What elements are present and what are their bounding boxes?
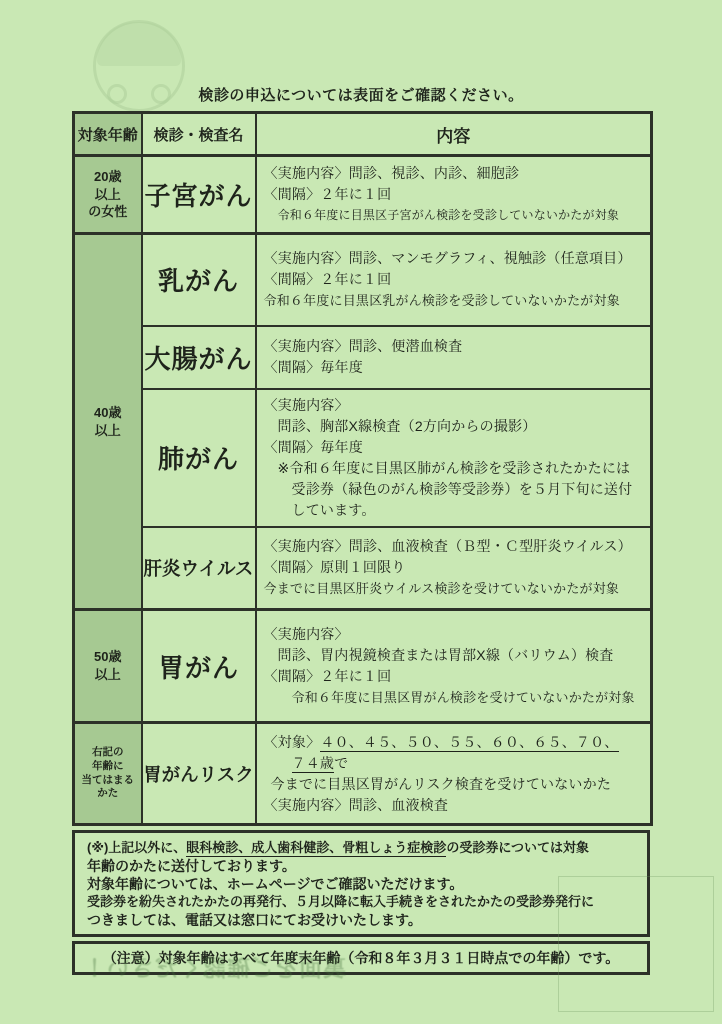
exam-desc-breast: 〈実施内容〉問診、マンモグラフィ、視触診（任意項目）〈間隔〉２年に１回令和６年度… — [256, 234, 652, 326]
screening-table: 対象年齢 検診・検査名 内容 20歳以上の女性 子宮がん 〈実施内容〉問診、視診… — [72, 111, 653, 826]
exam-desc-stomach-risk: 〈対象〉４０、４５、５０、５５、６０、６５、７０、７４歳で今までに目黒区胃がんリ… — [256, 723, 652, 825]
exam-name-colorectal: 大腸がん — [142, 326, 256, 389]
exam-desc-hepatitis: 〈実施内容〉問診、血液検査（Ｂ型・Ｃ型肝炎ウイルス）〈間隔〉原則１回限り今までに… — [256, 527, 652, 610]
footer-notes-box: (※)上記以外に、眼科検診、成人歯科健診、骨粗しょう症検診の受診券については対象… — [72, 830, 650, 937]
exam-name-lung: 肺がん — [142, 389, 256, 527]
row-cervical-cancer: 20歳以上の女性 子宮がん 〈実施内容〉問診、視診、内診、細胞診〈間隔〉２年に１… — [74, 156, 652, 234]
age-definition-note-box: （注意）対象年齢はすべて年度末年齢（令和８年３月３１日時点での年齢）です。 — [72, 941, 650, 975]
row-lung-cancer: 肺がん 〈実施内容〉問診、胸部X線検査（2方向からの撮影）〈間隔〉毎年度※令和６… — [74, 389, 652, 527]
screening-document: 検診の申込については表面をご確認ください。 対象年齢 検診・検査名 内容 20歳… — [72, 84, 650, 975]
row-hepatitis-virus: 肝炎ウイルス 〈実施内容〉問診、血液検査（Ｂ型・Ｃ型肝炎ウイルス）〈間隔〉原則１… — [74, 527, 652, 610]
row-breast-cancer: 40歳以上 乳がん 〈実施内容〉問診、マンモグラフィ、視触診（任意項目）〈間隔〉… — [74, 234, 652, 326]
col-header-target-age: 対象年齢 — [74, 113, 142, 156]
exam-name-hepatitis: 肝炎ウイルス — [142, 527, 256, 610]
row-colorectal-cancer: 大腸がん 〈実施内容〉問診、便潜血検査〈間隔〉毎年度 — [74, 326, 652, 389]
row-stomach-cancer: 50歳以上 胃がん 〈実施内容〉問診、胃内視鏡検査または胃部X線（バリウム）検査… — [74, 610, 652, 723]
exam-desc-cervical: 〈実施内容〉問診、視診、内診、細胞診〈間隔〉２年に１回令和６年度に目黒区子宮がん… — [256, 156, 652, 234]
page-title: 検診の申込については表面をご確認ください。 — [72, 84, 650, 105]
exam-desc-stomach: 〈実施内容〉問診、胃内視鏡検査または胃部X線（バリウム）検査〈間隔〉２年に１回令… — [256, 610, 652, 723]
exam-name-breast: 乳がん — [142, 234, 256, 326]
age-cell-listed-ages: 右記の年齢に当てはまるかた — [74, 723, 142, 825]
exam-desc-lung: 〈実施内容〉問診、胸部X線検査（2方向からの撮影）〈間隔〉毎年度※令和６年度に目… — [256, 389, 652, 527]
header-row: 対象年齢 検診・検査名 内容 — [74, 113, 652, 156]
row-stomach-cancer-risk: 右記の年齢に当てはまるかた 胃がんリスク 〈対象〉４０、４５、５０、５５、６０、… — [74, 723, 652, 825]
age-cell-40-plus: 40歳以上 — [74, 234, 142, 610]
col-header-description: 内容 — [256, 113, 652, 156]
exam-name-stomach-risk: 胃がんリスク — [142, 723, 256, 825]
col-header-exam-name: 検診・検査名 — [142, 113, 256, 156]
age-cell-20s-women: 20歳以上の女性 — [74, 156, 142, 234]
exam-name-stomach: 胃がん — [142, 610, 256, 723]
age-definition-note-text: （注意）対象年齢はすべて年度末年齢（令和８年３月３１日時点での年齢）です。 — [103, 950, 620, 966]
mascot-hair-shape — [97, 22, 181, 66]
age-cell-50-plus: 50歳以上 — [74, 610, 142, 723]
exam-desc-colorectal: 〈実施内容〉問診、便潜血検査〈間隔〉毎年度 — [256, 326, 652, 389]
exam-name-cervical: 子宮がん — [142, 156, 256, 234]
scanned-document-page: { "colors": { "paper": "#c9e8b4", "cell_… — [0, 0, 722, 1024]
